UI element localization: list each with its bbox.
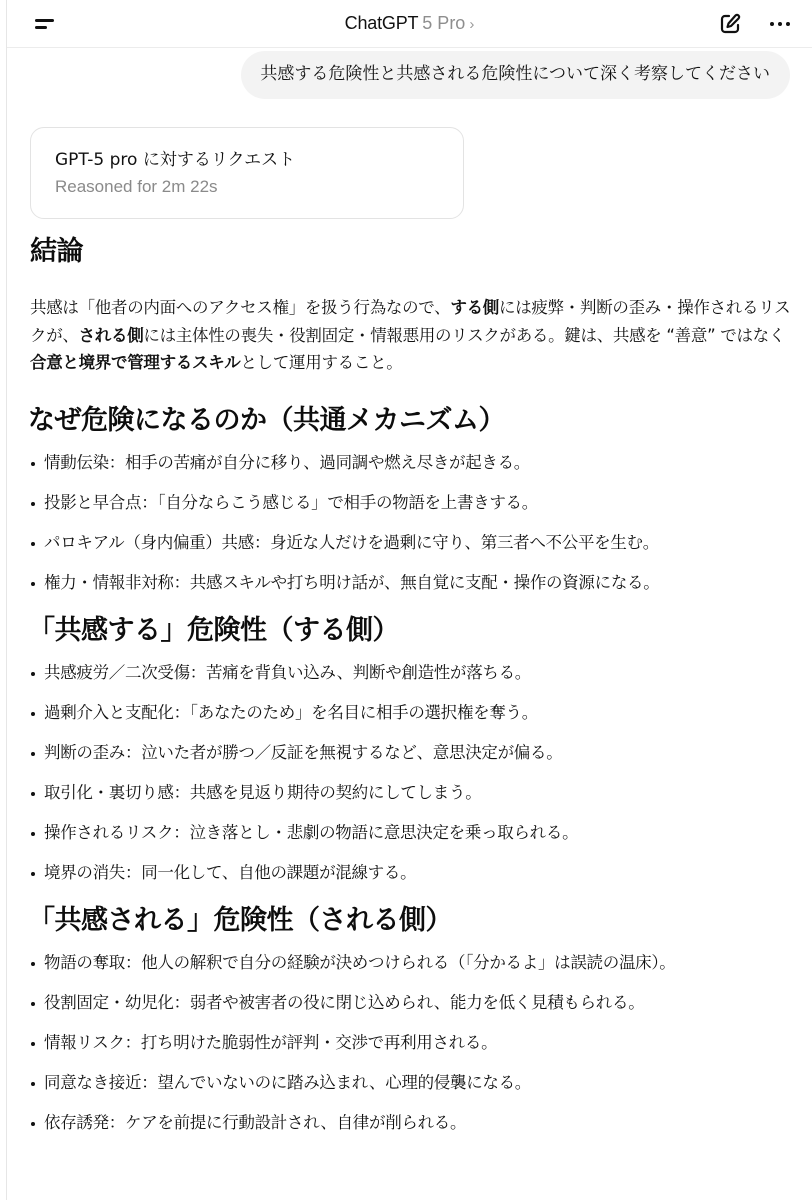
new-chat-button[interactable]: [718, 12, 742, 36]
list-item: 同意なき接近：望んでいないのに踏み込まれ、心理的侵襲になる。: [30, 1071, 796, 1095]
section-recipient-risks: 「共感される」危険性（される側） 物語の奪取：他人の解釈で自分の経験が決めつけら…: [30, 901, 796, 1135]
reasoning-duration: Reasoned for 2m 22s: [55, 174, 439, 200]
conclusion-text: には主体性の喪失・役割固定・情報悪用のリスクがある。鍵は、共感を “善意” では…: [143, 326, 785, 345]
list-item: 情動伝染：相手の苦痛が自分に移り、過同調や燃え尽きが起きる。: [30, 451, 796, 475]
app-title: ChatGPT: [345, 13, 419, 34]
model-selector[interactable]: ChatGPT 5 Pro ›: [345, 13, 475, 34]
reasoning-summary-card[interactable]: GPT-5 pro に対するリクエスト Reasoned for 2m 22s: [30, 127, 464, 219]
conclusion-text: 共感は「他者の内面へのアクセス権」を扱う行為なので、: [30, 298, 450, 317]
more-options-button[interactable]: [766, 12, 794, 36]
bullet-list: 情動伝染：相手の苦痛が自分に移り、過同調や燃え尽きが起きる。 投影と早合点：「自…: [30, 451, 796, 595]
assistant-response: 結論 共感は「他者の内面へのアクセス権」を扱う行為なので、する側には疲弊・判断の…: [30, 232, 796, 1151]
sidebar-menu-button[interactable]: [35, 16, 57, 32]
list-item: 境界の消失：同一化して、自他の課題が混線する。: [30, 861, 796, 885]
top-bar: ChatGPT 5 Pro ›: [7, 0, 812, 48]
chevron-right-icon: ›: [469, 16, 474, 33]
list-item: 情報リスク：打ち明けた脆弱性が評判・交渉で再利用される。: [30, 1031, 796, 1055]
list-item: 過剰介入と支配化：「あなたのため」を名目に相手の選択権を奪う。: [30, 701, 796, 725]
bullet-list: 物語の奪取：他人の解釈で自分の経験が決めつけられる（「分かるよ」は誤読の温床）。…: [30, 951, 796, 1135]
section-mechanisms: なぜ危険になるのか（共通メカニズム） 情動伝染：相手の苦痛が自分に移り、過同調や…: [30, 401, 796, 595]
menu-icon: [35, 19, 54, 22]
conclusion-bold: される側: [79, 326, 144, 345]
conclusion-bold: 合意と境界で管理するスキル: [30, 353, 240, 372]
list-item: 取引化・裏切り感：共感を見返り期待の契約にしてしまう。: [30, 781, 796, 805]
reasoning-card-title: GPT-5 pro に対するリクエスト: [55, 148, 439, 172]
more-icon-dot: [770, 22, 774, 26]
conclusion-heading: 結論: [30, 232, 796, 272]
list-item: 共感疲労／二次受傷：苦痛を背負い込み、判断や創造性が落ちる。: [30, 661, 796, 685]
list-item: 役割固定・幼児化：弱者や被害者の役に閉じ込められ、能力を低く見積もられる。: [30, 991, 796, 1015]
list-item: 権力・情報非対称：共感スキルや打ち明け話が、無自覚に支配・操作の資源になる。: [30, 571, 796, 595]
conclusion-text: として運用すること。: [240, 353, 402, 372]
more-icon-dot: [778, 22, 782, 26]
user-message-bubble: 共感する危険性と共感される危険性について深く考察してください: [241, 51, 790, 99]
left-edge-divider: [6, 0, 7, 1200]
conclusion-bold: する側: [450, 298, 499, 317]
section-empathizer-risks: 「共感する」危険性（する側） 共感疲労／二次受傷：苦痛を背負い込み、判断や創造性…: [30, 611, 796, 885]
section-heading: なぜ危険になるのか（共通メカニズム）: [28, 401, 796, 441]
new-chat-icon: [718, 12, 742, 36]
list-item: 投影と早合点：「自分ならこう感じる」で相手の物語を上書きする。: [30, 491, 796, 515]
menu-icon-short-bar: [35, 26, 47, 29]
more-icon-dot: [786, 22, 790, 26]
section-heading: 「共感する」危険性（する側）: [28, 611, 796, 651]
list-item: 操作されるリスク：泣き落とし・悲劇の物語に意思決定を乗っ取られる。: [30, 821, 796, 845]
list-item: パロキアル（身内偏重）共感：身近な人だけを過剰に守り、第三者へ不公平を生む。: [30, 531, 796, 555]
list-item: 判断の歪み：泣いた者が勝つ／反証を無視するなど、意思決定が偏る。: [30, 741, 796, 765]
list-item: 物語の奪取：他人の解釈で自分の経験が決めつけられる（「分かるよ」は誤読の温床）。: [30, 951, 796, 975]
bullet-list: 共感疲労／二次受傷：苦痛を背負い込み、判断や創造性が落ちる。 過剰介入と支配化：…: [30, 661, 796, 885]
conclusion-paragraph: 共感は「他者の内面へのアクセス権」を扱う行為なので、する側には疲弊・判断の歪み・…: [30, 294, 796, 377]
model-name: 5 Pro: [422, 13, 465, 34]
section-heading: 「共感される」危険性（される側）: [28, 901, 796, 941]
list-item: 依存誘発：ケアを前提に行動設計され、自律が削られる。: [30, 1111, 796, 1135]
